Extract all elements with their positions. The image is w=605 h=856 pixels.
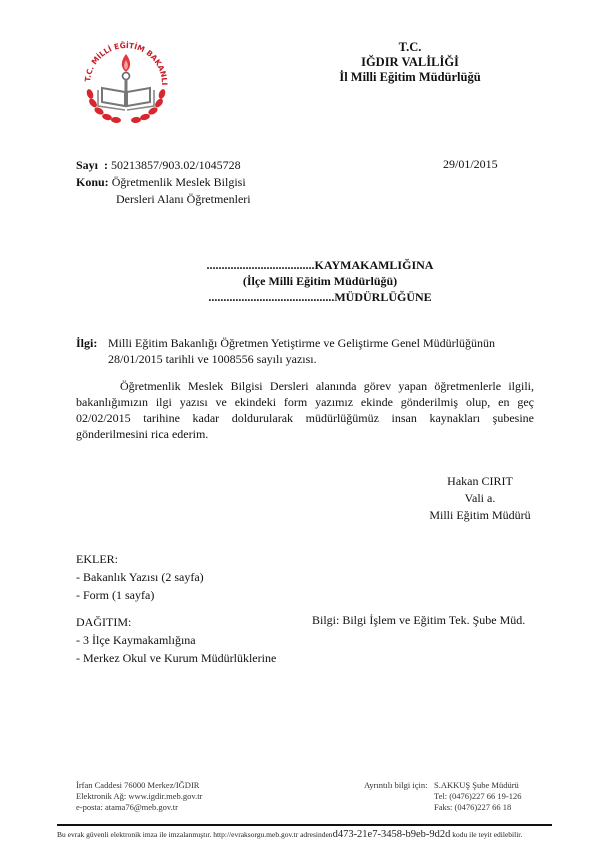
distribution-heading: DAĞITIM: <box>76 613 276 631</box>
body-paragraph: Öğretmenlik Meslek Bilgisi Dersleri alan… <box>76 378 534 442</box>
distribution-item: - Merkez Okul ve Kurum Müdürlüklerine <box>76 649 276 667</box>
ministry-emblem-icon: T.C. MİLLİ EĞİTİM BAKANLIĞI <box>76 32 176 132</box>
footer-contact-block: Ayrıntılı bilgi için: S.AKKUŞ Şube Müdür… <box>364 780 521 813</box>
reference-label: İlgi: <box>76 335 108 351</box>
recipient-line1: ....................................KAYM… <box>120 257 520 273</box>
recipient-line3: ........................................… <box>120 289 520 305</box>
document-meta: Sayı : 50213857/903.02/1045728 Konu: Öğr… <box>76 157 251 208</box>
reference-block: İlgi: Milli Eğitim Bakanlığı Öğretmen Ye… <box>76 335 536 351</box>
recipient-block: ....................................KAYM… <box>120 257 520 305</box>
contact-tel: Tel: (0476)227 66 19-126 <box>364 791 521 802</box>
verification-suffix: kodu ile teyit edilebilir. <box>450 830 522 839</box>
e-signature-verification: Bu evrak güvenli elektronik imza ile imz… <box>57 829 557 841</box>
reference-line1: Milli Eğitim Bakanlığı Öğretmen Yetiştir… <box>108 335 538 351</box>
signature-block: Hakan CIRIT Vali a. Milli Eğitim Müdürü <box>405 473 555 524</box>
attachments-block: EKLER: - Bakanlık Yazısı (2 sayfa) - For… <box>76 550 204 604</box>
footer-email[interactable]: e-posta: atama76@meb.gov.tr <box>76 802 202 813</box>
attachment-item: - Form (1 sayfa) <box>76 586 204 604</box>
verification-prefix[interactable]: Bu evrak güvenli elektronik imza ile imz… <box>57 830 333 839</box>
konu-line2: Dersleri Alanı Öğretmenleri <box>76 191 251 208</box>
distribution-block: DAĞITIM: - 3 İlçe Kaymakamlığına - Merke… <box>76 613 276 667</box>
signatory-title2: Milli Eğitim Müdürü <box>405 507 555 524</box>
konu-label: Konu: <box>76 175 109 189</box>
letterhead-tc: T.C. <box>220 40 600 55</box>
contact-person: S.AKKUŞ Şube Müdürü <box>434 780 519 791</box>
sayi-value: 50213857/903.02/1045728 <box>111 158 241 172</box>
sayi-label: Sayı <box>76 158 98 172</box>
distribution-item: - 3 İlçe Kaymakamlığına <box>76 631 276 649</box>
footer-address-block: İrfan Caddesi 76000 Merkez/IĞDIR Elektro… <box>76 780 202 813</box>
letterhead-governorship: IĞDIR VALİLİĞİ <box>220 55 600 70</box>
verification-code: d473-21e7-3458-b9eb-9d2d <box>333 829 451 840</box>
footer-address: İrfan Caddesi 76000 Merkez/IĞDIR <box>76 780 202 791</box>
letterhead: T.C. IĞDIR VALİLİĞİ İl Milli Eğitim Müdü… <box>220 40 600 85</box>
footer-divider <box>57 824 552 826</box>
recipient-line2: (İlçe Milli Eğitim Müdürlüğü) <box>120 273 520 289</box>
attachments-heading: EKLER: <box>76 550 204 568</box>
contact-label: Ayrıntılı bilgi için: <box>364 780 434 791</box>
letterhead-directorate: İl Milli Eğitim Müdürlüğü <box>220 70 600 85</box>
info-recipient: Bilgi: Bilgi İşlem ve Eğitim Tek. Şube M… <box>312 613 525 628</box>
ministry-logo: T.C. MİLLİ EĞİTİM BAKANLIĞI <box>76 32 176 132</box>
footer-web[interactable]: Elektronik Ağ: www.igdir.meb.gov.tr <box>76 791 202 802</box>
konu-line1: Öğretmenlik Meslek Bilgisi <box>112 175 246 189</box>
signatory-name: Hakan CIRIT <box>405 473 555 490</box>
attachment-item: - Bakanlık Yazısı (2 sayfa) <box>76 568 204 586</box>
contact-fax: Faks: (0476)227 66 18 <box>364 802 521 813</box>
signatory-title1: Vali a. <box>405 490 555 507</box>
document-date: 29/01/2015 <box>443 157 498 172</box>
reference-line2: 28/01/2015 tarihli ve 1008556 sayılı yaz… <box>108 351 538 367</box>
